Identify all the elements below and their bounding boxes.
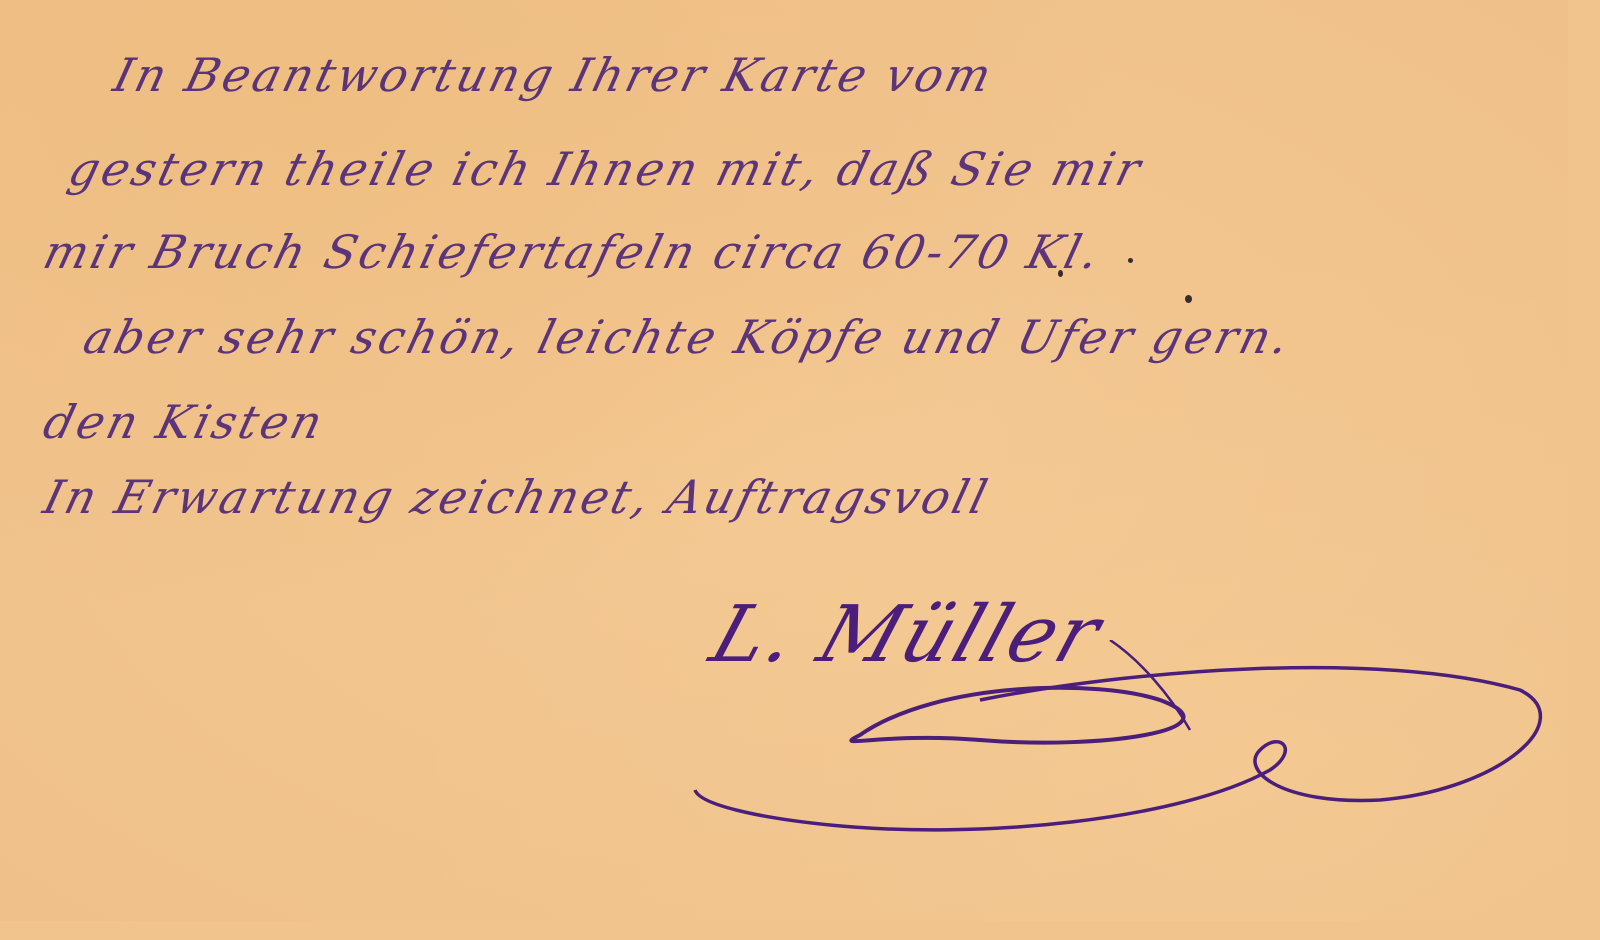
text-line-4: aber sehr schön, leichte Köpfe und Ufer … [78,310,1297,364]
ink-speck [1185,295,1192,303]
text-line-1: In Beantwortung Ihrer Karte vom [108,48,999,102]
ink-speck [1128,258,1133,263]
postcard: In Beantwortung Ihrer Karte vom gestern … [0,0,1568,921]
signature-flourish-icon [680,640,1560,840]
ink-speck [1058,270,1063,277]
text-line-5: den Kisten [38,395,330,449]
text-line-3: mir Bruch Schiefertafeln circa 60-70 Kl. [38,225,1107,279]
text-line-2: gestern theile ich Ihnen mit, daß Sie mi… [63,142,1149,196]
text-line-6: In Erwartung zeichnet, Auftragsvoll [38,470,995,524]
